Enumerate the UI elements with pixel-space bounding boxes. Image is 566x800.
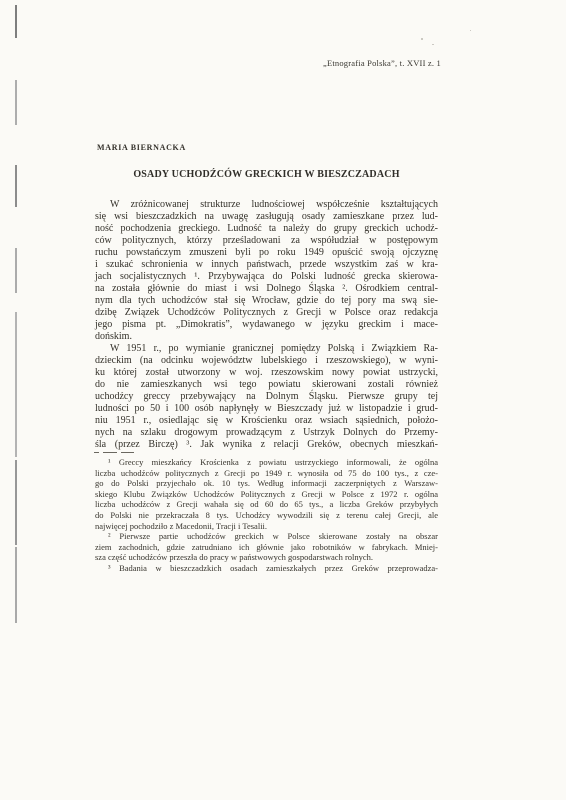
text-line: W zróżnicowanej strukturze ludnościowej … [95, 199, 438, 211]
scan-artifact-line [15, 165, 17, 207]
text-line: nych na szlaku drogowym prowadzącym z Us… [95, 427, 438, 439]
footnote-3: ³ Badania w bieszczadzkich osadach zamie… [95, 563, 438, 574]
scan-speckle [470, 30, 471, 31]
scanned-page: „Etnografia Polska”, t. XVII z. 1 MARIA … [0, 0, 566, 800]
text-line: liczba uchodźców politycznych z Grecji p… [95, 468, 438, 479]
text-line: do nie zamieszkanych wsi tego powiatu sk… [95, 379, 438, 391]
scan-artifact-line [15, 5, 17, 38]
scan-artifact-line [15, 312, 17, 457]
scan-artifact-line [15, 80, 17, 125]
text-line: najwięcej pochodziło z Macedonii, Tracji… [95, 521, 438, 532]
scan-artifact-line [15, 460, 17, 545]
text-line: na została głównie do miast i wsi Dolneg… [95, 283, 438, 295]
text-line: jach socjalistycznych ¹. Przybywająca do… [95, 271, 438, 283]
separator-dash [121, 452, 134, 453]
text-line: niu 1951 r., osiedlając się w Krościenku… [95, 415, 438, 427]
text-line: ziem zachodnich, gdzie zatrudniano ich g… [95, 542, 438, 553]
journal-header: „Etnografia Polska”, t. XVII z. 1 [323, 58, 441, 68]
separator-dash [94, 452, 99, 453]
text-line: ¹ Greccy mieszkańcy Krościenka z powiatu… [95, 457, 438, 468]
text-line: do Polski nie przekraczała 8 tys. Uchodź… [95, 510, 438, 521]
text-line: ludności po 50 i 100 osób napłynęły w Bi… [95, 403, 438, 415]
text-line: ruchu powstańczym zmuszeni byli po roku … [95, 247, 438, 259]
text-line: uchodźcy greccy przebywający na Dolnym Ś… [95, 391, 438, 403]
scan-artifact-line [15, 547, 17, 623]
text-line: ² Pierwsze partie uchodźców greckich w P… [95, 531, 438, 542]
footnotes-block: ¹ Greccy mieszkańcy Krościenka z powiatu… [95, 457, 438, 574]
text-line: ność pochodzenia greckiego. Ludność ta n… [95, 223, 438, 235]
article-title: OSADY UCHODŹCÓW GRECKICH W BIESZCZADACH [95, 169, 438, 180]
text-line: się wsi bieszczadzkich na uwagę zasługuj… [95, 211, 438, 223]
text-line: ³ Badania w bieszczadzkich osadach zamie… [95, 563, 438, 574]
author-name: MARIA BIERNACKA [97, 143, 186, 152]
text-line: nym dla tych uchodźców stał się Wrocław,… [95, 295, 438, 307]
text-line: ku której został utworzony w woj. rzeszo… [95, 367, 438, 379]
text-line: go do Polski przyjechało ok. 10 tys. Wed… [95, 478, 438, 489]
scan-speckle [432, 44, 434, 45]
text-line: liczba uchodźców z Grecji wahała się od … [95, 499, 438, 510]
text-line: dzieckim (na odcinku województw lubelski… [95, 355, 438, 367]
body-paragraph-2: W 1951 r., po wymianie granicznej pomięd… [95, 343, 438, 451]
scan-artifact-line [15, 248, 17, 293]
text-line: i szukać schronienia w innych państwach,… [95, 259, 438, 271]
text-line: W 1951 r., po wymianie granicznej pomięd… [95, 343, 438, 355]
scan-speckle [421, 38, 423, 40]
text-line: śla (przez Birczę) ³. Jak wynika z relac… [95, 439, 438, 451]
article-body: W zróżnicowanej strukturze ludnościowej … [95, 199, 438, 451]
text-line: dzibę Związek Uchodźców Politycznych z G… [95, 307, 438, 319]
footnote-2: ² Pierwsze partie uchodźców greckich w P… [95, 531, 438, 563]
text-line: sza część uchodźców przeszła do pracy w … [95, 552, 438, 563]
text-line: ców politycznych, którzy prześladowani z… [95, 235, 438, 247]
footnote-1: ¹ Greccy mieszkańcy Krościenka z powiatu… [95, 457, 438, 531]
text-line: dońskim. [95, 331, 438, 343]
text-line: skiego Klubu Związków Uchodźców Politycz… [95, 489, 438, 500]
separator-dash [103, 452, 117, 453]
text-line: jego pisma pt. „Dimokratis”, wydawanego … [95, 319, 438, 331]
body-paragraph-1: W zróżnicowanej strukturze ludnościowej … [95, 199, 438, 343]
